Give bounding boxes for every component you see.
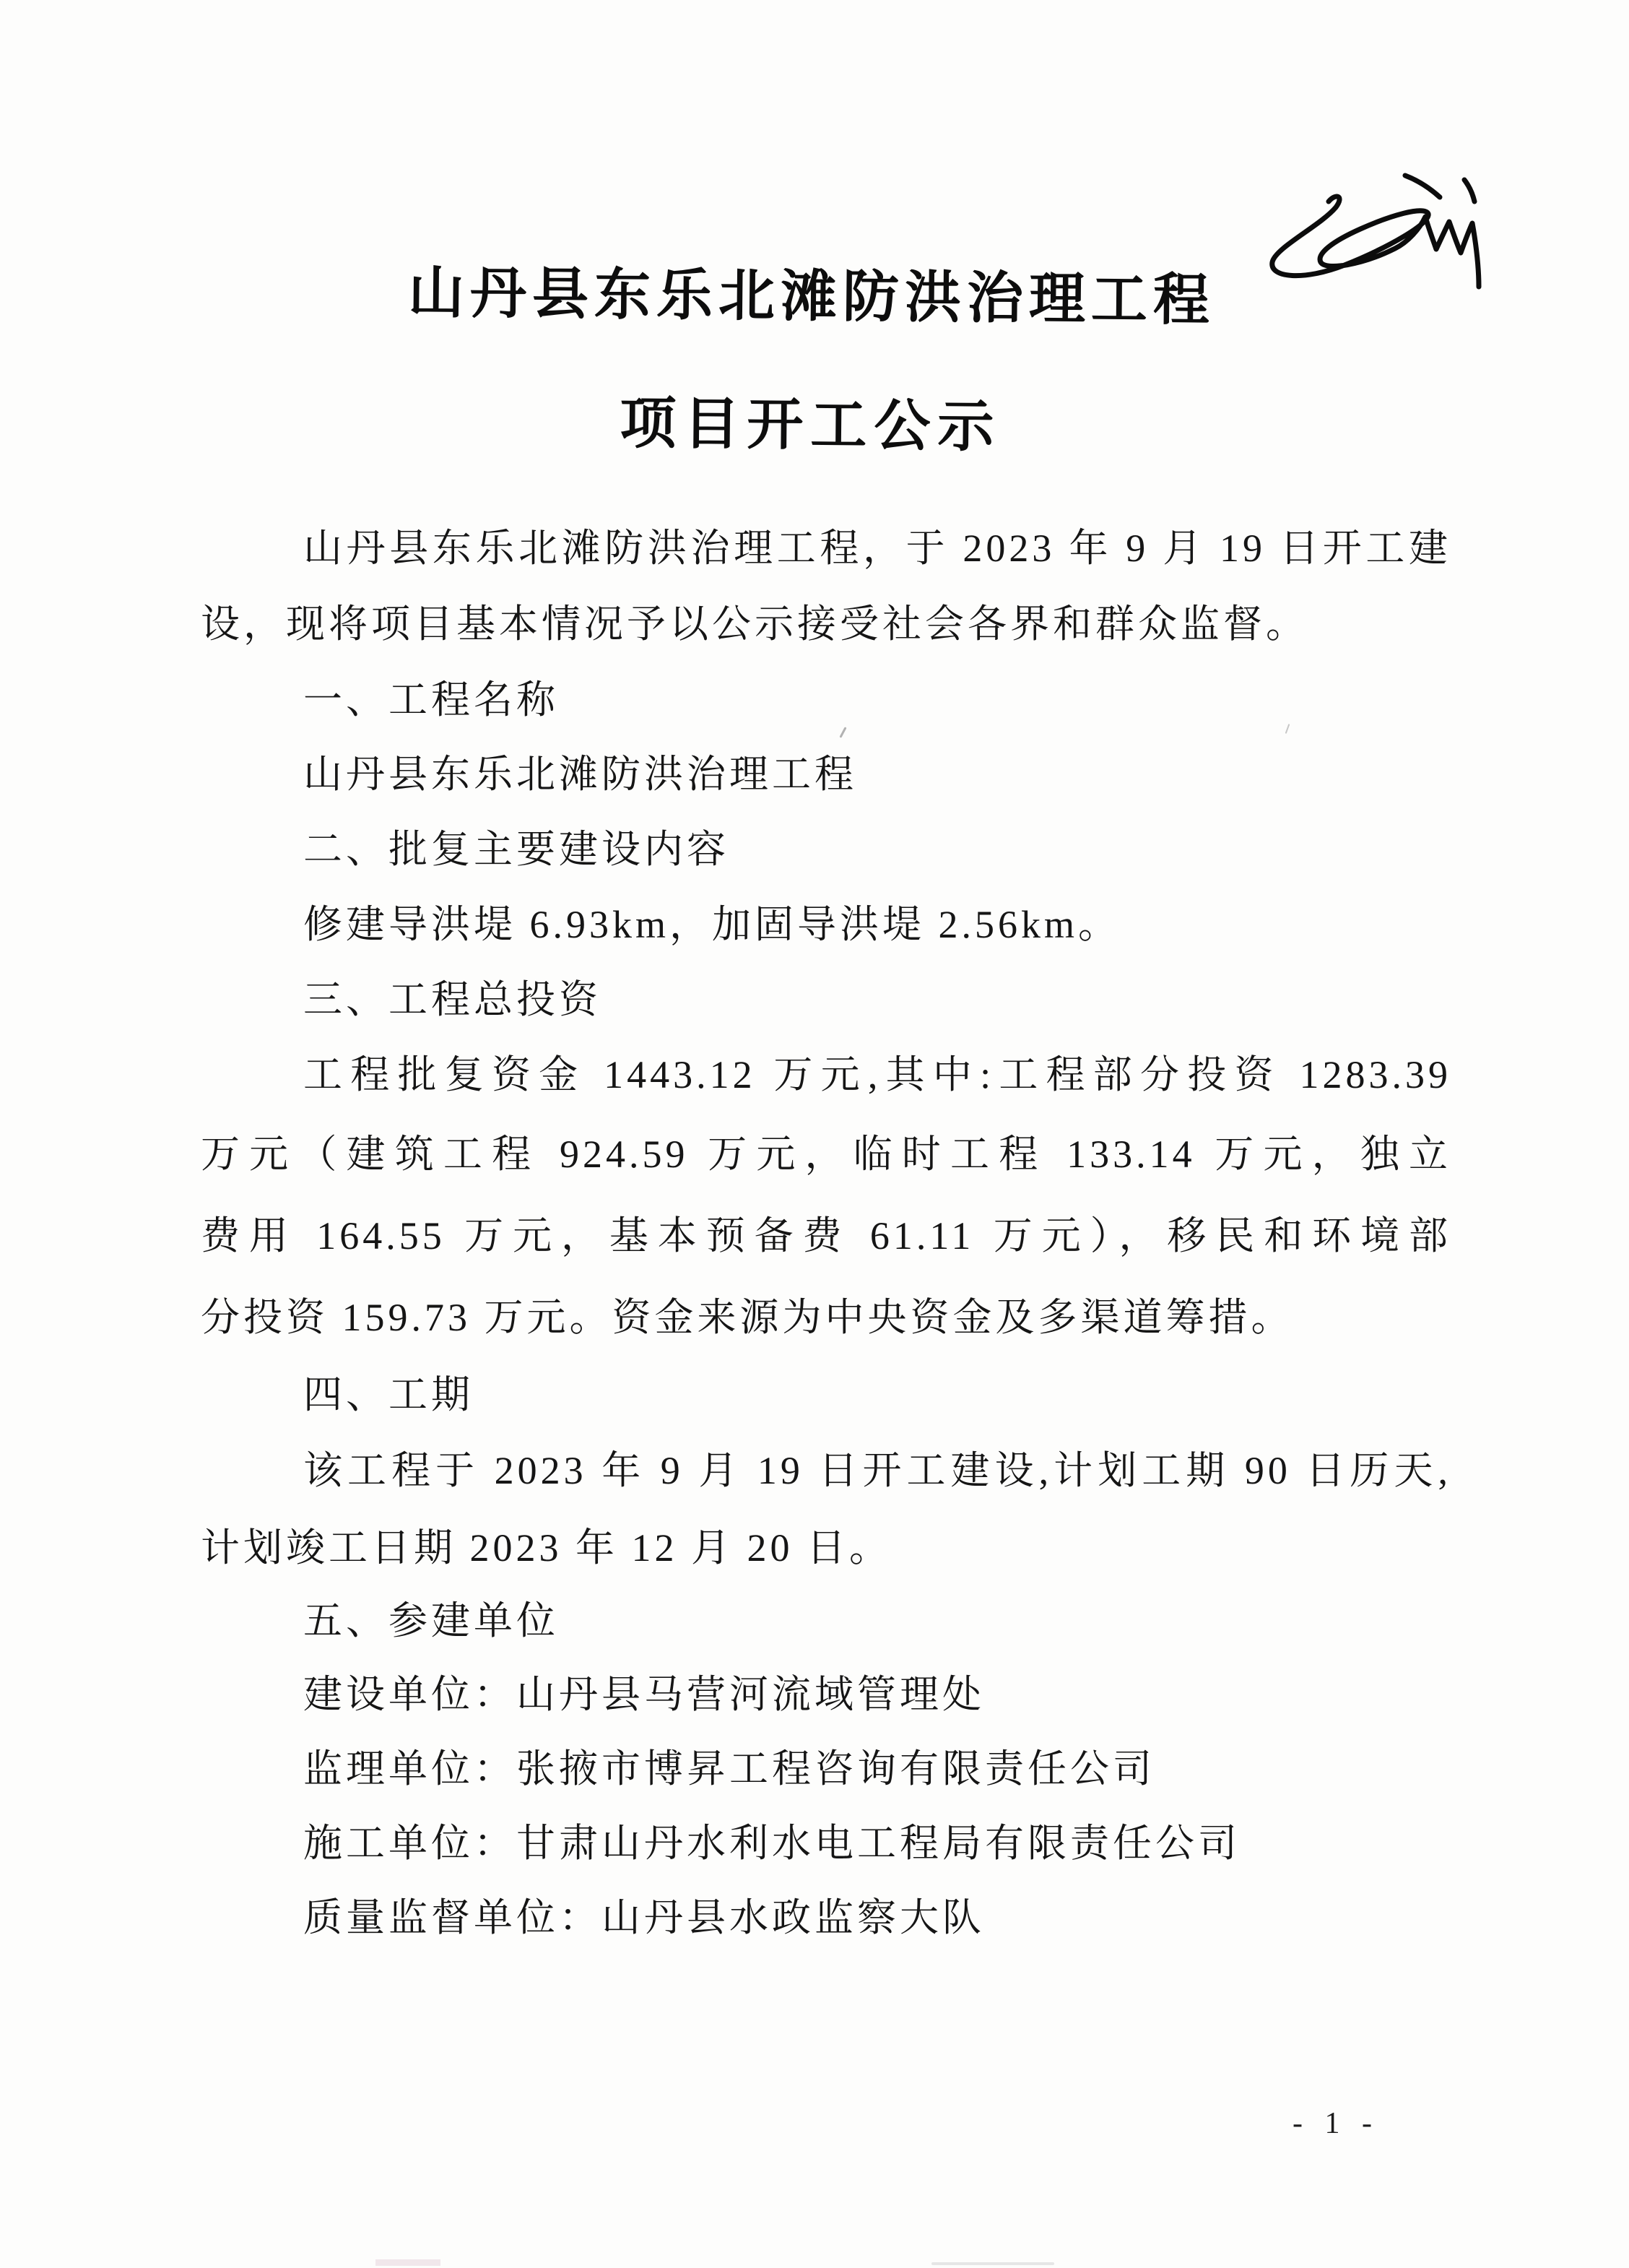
section-heading-4: 四、工期 (201, 1372, 1451, 1419)
paragraph-line: 分投资 159.73 万元。资金来源为中央资金及多渠道筹措。 (201, 1294, 1451, 1342)
paragraph-line: 山丹县东乐北滩防洪治理工程，于 2023 年 9 月 19 日开工建 (201, 525, 1451, 573)
scan-artifact (839, 727, 846, 738)
paragraph-line: 计划竣工日期 2023 年 12 月 20 日。 (201, 1525, 1451, 1572)
title-block: 山丹县东乐北滩防洪治理工程 项目开工公示 (0, 0, 1629, 8)
paragraph-line: 该工程于 2023 年 9 月 19 日开工建设,计划工期 90 日历天, (201, 1447, 1451, 1495)
section-heading-3: 三、工程总投资 (201, 977, 1451, 1024)
participant-line-construction-owner: 建设单位：山丹县马营河流域管理处 (201, 1671, 1451, 1719)
section-heading-5: 五、参建单位 (201, 1598, 1451, 1645)
scanned-document-page: 山丹县东乐北滩防洪治理工程 项目开工公示 山丹县东乐北滩防洪治理工程，于 202… (0, 0, 1629, 2268)
paragraph-line: 费用 164.55 万元，基本预备费 61.11 万元），移民和环境部 (201, 1213, 1451, 1260)
paragraph-line: 山丹县东乐北滩防洪治理工程 (201, 751, 1451, 799)
participant-line-quality-oversight: 质量监督单位：山丹县水政监察大队 (201, 1895, 1451, 1942)
paragraph-line: 修建导洪堤 6.93km，加固导洪堤 2.56km。 (201, 901, 1451, 949)
scan-artifact (375, 2259, 440, 2266)
document-subtitle: 项目开工公示 (0, 389, 1625, 462)
participant-line-supervisor: 监理单位：张掖市博昇工程咨询有限责任公司 (201, 1746, 1451, 1793)
paragraph-line: 工程批复资金 1443.12 万元,其中:工程部分投资 1283.39 (201, 1052, 1451, 1099)
scan-artifact (931, 2262, 1054, 2265)
paragraph-line: 设，现将项目基本情况予以公示接受社会各界和群众监督。 (201, 601, 1451, 649)
paragraph-line: 万元（建筑工程 924.59 万元，临时工程 133.14 万元，独立 (201, 1131, 1451, 1179)
section-heading-2: 二、批复主要建设内容 (201, 826, 1451, 874)
page-number: - 1 - (1293, 2106, 1379, 2141)
participant-line-contractor: 施工单位：甘肃山丹水利水电工程局有限责任公司 (201, 1820, 1451, 1868)
scan-artifact (1285, 724, 1290, 734)
section-heading-1: 一、工程名称 (201, 677, 1451, 724)
